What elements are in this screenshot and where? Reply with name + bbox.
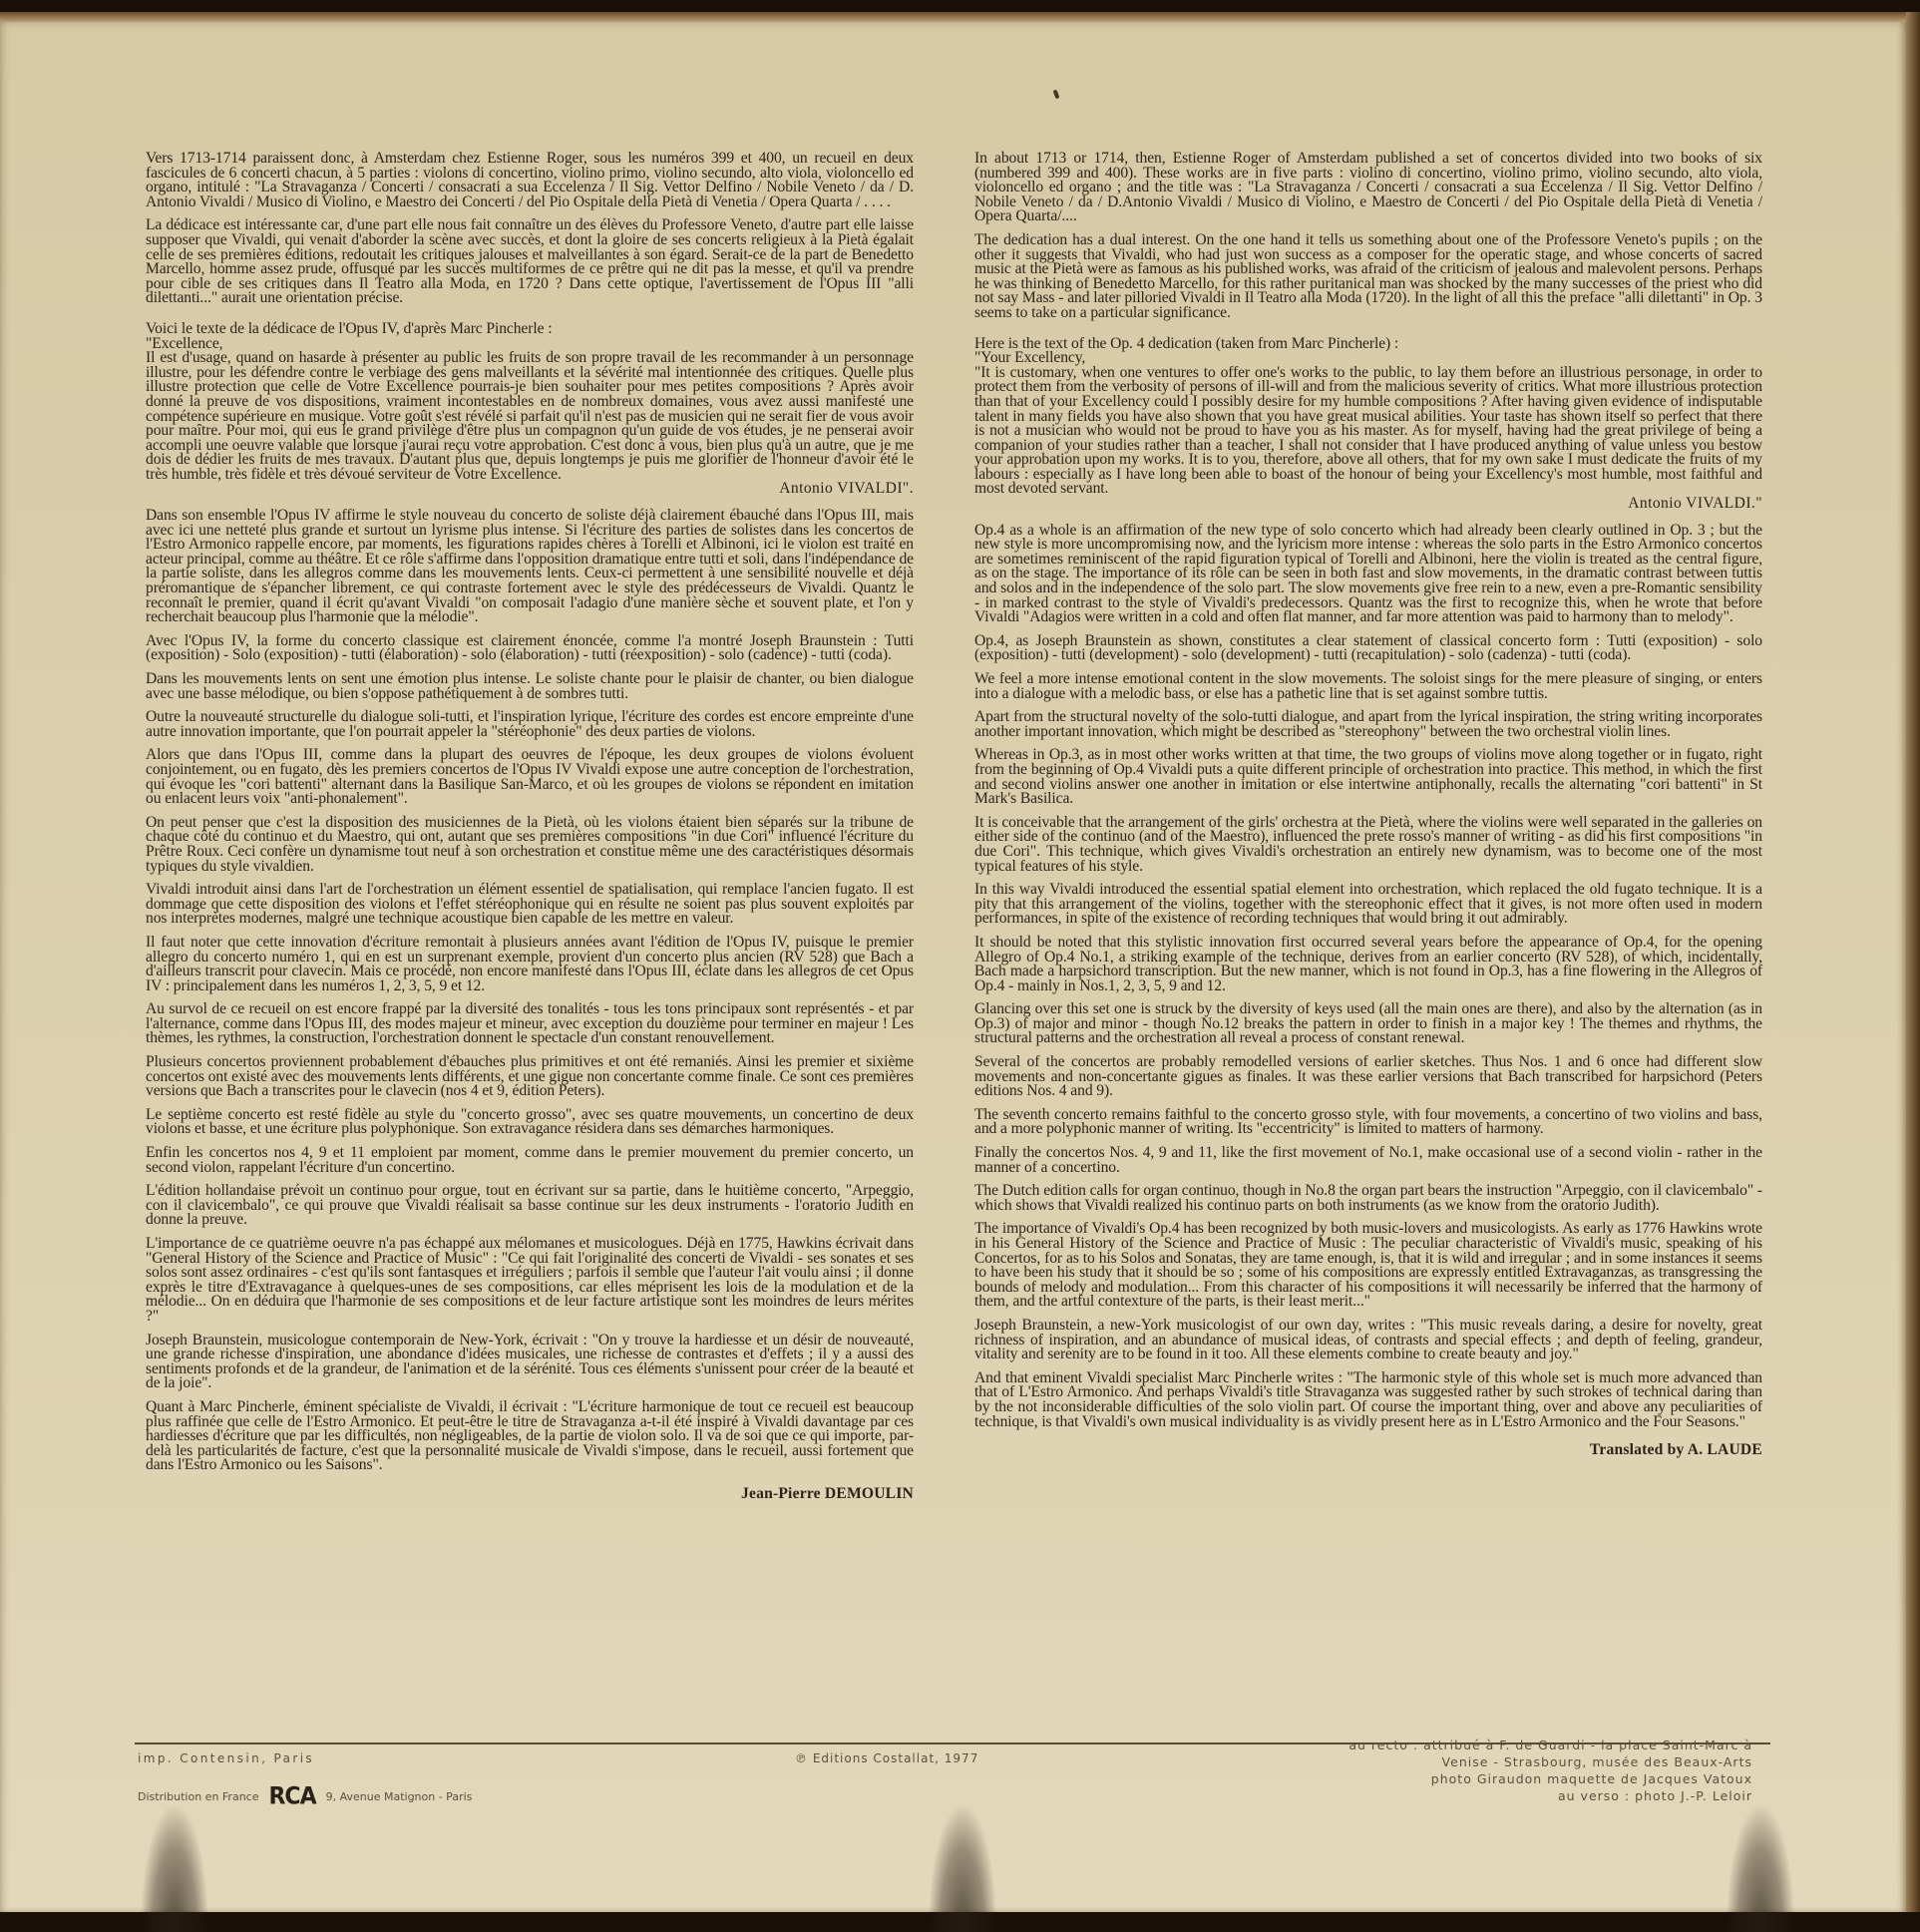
en-paragraph: The dedication has a dual interest. On t… [974,233,1762,321]
album-back-cover: Vers 1713-1714 paraissent donc, à Amster… [0,12,1907,1912]
en-body-paragraph: Whereas in Op.3, as in most other works … [974,748,1762,806]
fr-body-paragraph: L'importance de ce quatrième oeuvre n'a … [146,1237,914,1325]
fr-body-paragraph: Enfin les concertos nos 4, 9 et 11 emplo… [146,1146,914,1175]
en-body-paragraph: The Dutch edition calls for organ contin… [974,1184,1762,1213]
fr-paragraph: La dédicace est intéressante car, d'une … [146,218,914,306]
fr-body-paragraph: Vivaldi introduit ainsi dans l'art de l'… [146,883,914,927]
credit-line: Venise - Strasbourg, musée des Beaux-Art… [1348,1753,1752,1770]
fr-body-paragraph: Dans les mouvements lents on sent une ém… [146,672,914,701]
fr-body-paragraph: Dans son ensemble l'Opus IV affirme le s… [146,509,914,625]
en-body-paragraph: The importance of Vivaldi's Op.4 has bee… [974,1222,1762,1310]
en-body-paragraph: Op.4, as Joseph Braunstein as shown, con… [974,634,1762,663]
fr-body-paragraph: Avec l'Opus IV, la forme du concerto cla… [146,634,914,663]
fr-dedication-intro: Voici le texte de la dédicace de l'Opus … [146,322,914,337]
fr-dedication-signature: Antonio VIVALDI". [146,482,914,497]
credit-line: au recto : attribué à F. de Guardi - la … [1348,1737,1752,1753]
en-dedication-body: "It is customary, when one ventures to o… [974,366,1762,497]
rca-logo: RCA [268,1783,315,1811]
fr-body-paragraph: Joseph Braunstein, musicologue contempor… [146,1334,914,1391]
fr-body-paragraph: Le septième concerto est resté fidèle au… [146,1108,914,1137]
en-body: Op.4 as a whole is an affirmation of the… [974,524,1762,1429]
en-body-paragraph: The seventh concerto remains faithful to… [974,1108,1762,1137]
fr-body-paragraph: On peut penser que c'est la disposition … [146,816,914,874]
en-body-paragraph: Several of the concertos are probably re… [974,1055,1762,1099]
en-body-paragraph: Apart from the structural novelty of the… [974,710,1762,739]
en-dedication-signature: Antonio VIVALDI." [974,497,1762,512]
en-body-paragraph: And that eminent Vivaldi specialist Marc… [974,1371,1762,1429]
en-body-paragraph: It is conceivable that the arrangement o… [974,816,1762,874]
en-body-paragraph: We feel a more intense emotional content… [974,672,1762,701]
en-body-paragraph: In this way Vivaldi introduced the essen… [974,883,1762,927]
en-dedication-intro: Here is the text of the Op. 4 dedication… [974,337,1762,352]
fr-dedication-body: Il est d'usage, quand on hasarde à prése… [146,351,914,482]
fr-body-paragraph: Au survol de ce recueil on est encore fr… [146,1002,914,1046]
en-body-paragraph: Glancing over this set one is struck by … [974,1002,1762,1046]
en-body-paragraph: It should be noted that this stylistic i… [974,936,1762,993]
printer-credit: imp. Contensin, Paris [138,1751,314,1765]
english-notes-column: In about 1713 or 1714, then, Estienne Ro… [974,152,1762,1470]
en-translator: Translated by A. LAUDE [974,1443,1762,1458]
fr-body-paragraph: Plusieurs concertos proviennent probable… [146,1055,914,1099]
artwork-credits: au recto : attribué à F. de Guardi - la … [1348,1737,1752,1804]
fr-author: Jean-Pierre DEMOULIN [146,1487,914,1502]
fr-body-paragraph: Quant à Marc Pincherle, éminent spéciali… [146,1400,914,1473]
en-paragraph: In about 1713 or 1714, then, Estienne Ro… [974,152,1762,224]
stain-mark [1053,90,1060,100]
sleeve-edge [1906,12,1920,1912]
fr-paragraph: Vers 1713-1714 paraissent donc, à Amster… [146,152,914,209]
en-body-paragraph: Op.4 as a whole is an affirmation of the… [974,524,1762,625]
clip-shadow [140,1802,209,1932]
en-body-paragraph: Finally the concertos Nos. 4, 9 and 11, … [974,1146,1762,1175]
credit-line: au verso : photo J.-P. Leloir [1348,1787,1752,1804]
distribution-address: 9, Avenue Matignon - Paris [326,1790,473,1803]
fr-body-paragraph: Outre la nouveauté structurelle du dialo… [146,710,914,739]
fr-body-paragraph: Il faut noter que cette innovation d'écr… [146,936,914,993]
clip-shadow [928,1802,997,1932]
french-notes-column: Vers 1713-1714 paraissent donc, à Amster… [146,152,914,1514]
clip-shadow [1726,1802,1795,1932]
en-body-paragraph: Joseph Braunstein, a new-York musicologi… [974,1319,1762,1362]
copyright-notice: ℗ Editions Costallat, 1977 [795,1751,978,1765]
fr-body-paragraph: L'édition hollandaise prévoit un continu… [146,1184,914,1228]
fr-body-paragraph: Alors que dans l'Opus III, comme dans la… [146,748,914,806]
fr-body: Dans son ensemble l'Opus IV affirme le s… [146,509,914,1473]
credit-line: photo Giraudon maquette de Jacques Vatou… [1348,1770,1752,1787]
